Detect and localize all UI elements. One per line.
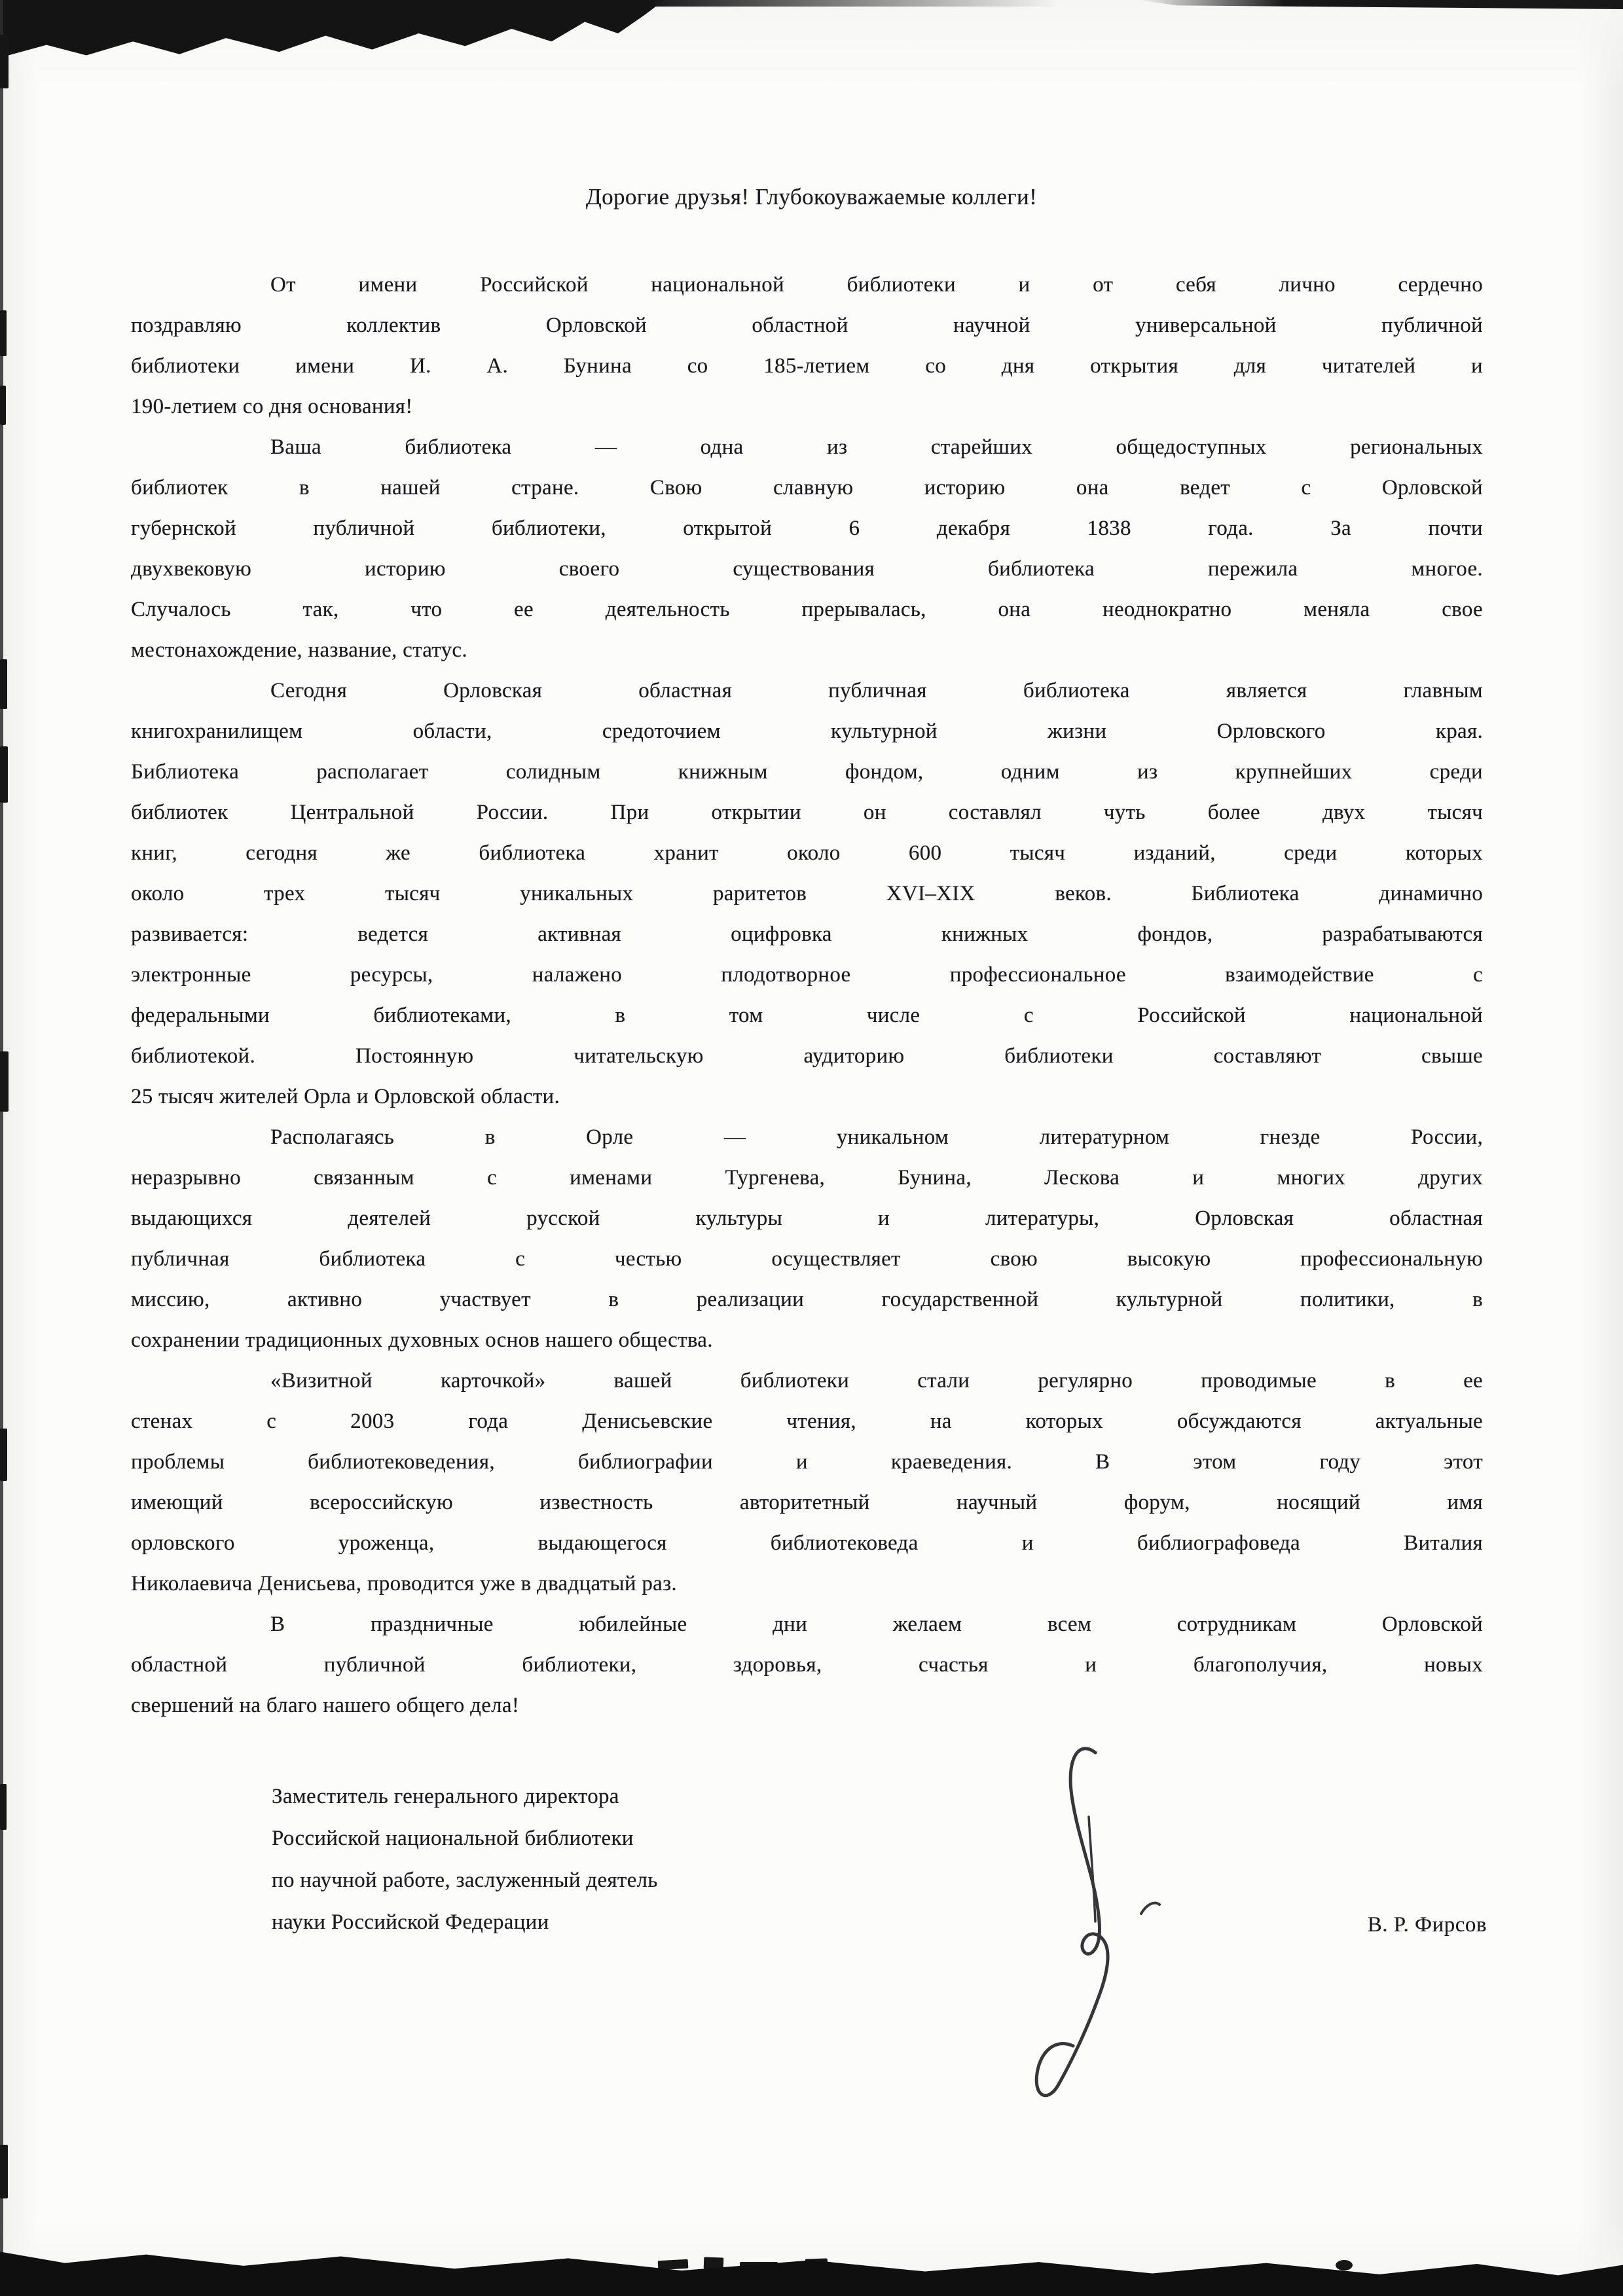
text-line: «Визитной карточкой» вашей библиотеки ст…	[131, 1360, 1483, 1401]
text-line: Ваша библиотека — одна из старейших обще…	[131, 427, 1483, 467]
text-line: двухвековую историю своего существования…	[131, 549, 1483, 589]
text-line: 190-летием со дня основания!	[131, 386, 1483, 427]
scan-mark	[0, 310, 7, 356]
scan-mark	[0, 659, 7, 709]
text-line: Сегодня Орловская областная публичная би…	[131, 670, 1483, 711]
scan-mark	[0, 386, 6, 425]
text-line: орловского уроженца, выдающегося библиот…	[131, 1523, 1483, 1563]
text-line: свершений на благо нашего общего дела!	[131, 1685, 1483, 1726]
text-line: выдающихся деятелей русской культуры и л…	[131, 1198, 1483, 1239]
text-line: местонахождение, название, статус.	[131, 630, 1483, 670]
text-line: книгохранилищем области, средоточием кул…	[131, 711, 1483, 752]
scan-mark	[0, 746, 8, 803]
text-line: библиотек Центральной России. При открыт…	[131, 792, 1483, 833]
text-line: электронные ресурсы, налажено плодотворн…	[131, 955, 1483, 995]
signer-position-line: науки Российской Федерации	[272, 1901, 992, 1943]
text-line: От имени Российской национальной библиот…	[131, 264, 1483, 305]
text-line: имеющий всероссийскую известность автори…	[131, 1482, 1483, 1523]
scan-mark	[0, 1429, 7, 1481]
text-line: библиотек в нашей стране. Свою славную и…	[131, 467, 1483, 508]
scan-mark	[0, 1051, 9, 1112]
text-line: Случалось так, что ее деятельность преры…	[131, 589, 1483, 630]
text-line: стенах с 2003 года Денисьевские чтения, …	[131, 1401, 1483, 1442]
text-line: 25 тысяч жителей Орла и Орловской област…	[131, 1076, 1483, 1117]
scanned-letter-page: Дорогие друзья! Глубокоуважаемые коллеги…	[0, 0, 1623, 2296]
text-line: Библиотека располагает солидным книжным …	[131, 752, 1483, 792]
signer-name: В. Р. Фирсов	[1368, 1904, 1487, 1946]
text-line: поздравляю коллектив Орловской областной…	[131, 305, 1483, 346]
text-line: миссию, активно участвует в реализации г…	[131, 1279, 1483, 1320]
text-line: около трех тысяч уникальных раритетов XV…	[131, 873, 1483, 914]
letter-body: От имени Российской национальной библиот…	[131, 264, 1483, 1726]
signer-position-line: по научной работе, заслуженный деятель	[272, 1859, 992, 1901]
text-line: Располагаясь в Орле — уникальном литерат…	[131, 1117, 1483, 1157]
signer-position-line: Российской национальной библиотеки	[272, 1817, 992, 1859]
text-line: развивается: ведется активная оцифровка …	[131, 914, 1483, 955]
text-line: библиотекой. Постоянную читательскую ауд…	[131, 1036, 1483, 1076]
scan-mark	[0, 1784, 7, 1830]
scan-artifact-bottom-band	[0, 2249, 1623, 2296]
scan-mark	[0, 35, 9, 88]
scan-artifact-top-band	[0, 0, 665, 58]
text-line: сохранении традиционных духовных основ н…	[131, 1320, 1483, 1360]
handwritten-signature	[1012, 1738, 1195, 2118]
text-line: федеральными библиотеками, в том числе с…	[131, 995, 1483, 1036]
text-line: Николаевича Денисьева, проводится уже в …	[131, 1563, 1483, 1604]
text-line: проблемы библиотековедения, библиографии…	[131, 1442, 1483, 1482]
page-title: Дорогие друзья! Глубокоуважаемые коллеги…	[0, 182, 1623, 212]
text-line: книг, сегодня же библиотека хранит около…	[131, 833, 1483, 873]
text-line: губернской публичной библиотеки, открыто…	[131, 508, 1483, 549]
scan-artifact-top-line	[655, 0, 1061, 7]
text-line: библиотеки имени И. А. Бунина со 185-лет…	[131, 346, 1483, 386]
signer-position-line: Заместитель генерального директора	[272, 1776, 992, 1817]
text-line: областной публичной библиотеки, здоровья…	[131, 1645, 1483, 1685]
text-line: В праздничные юбилейные дни желаем всем …	[131, 1604, 1483, 1645]
scan-mark	[0, 2145, 8, 2198]
scan-artifact-top-right-line	[1139, 0, 1623, 9]
signature-block: Заместитель генерального директора Росси…	[272, 1776, 992, 1943]
text-line: неразрывно связанным с именами Тургенева…	[131, 1157, 1483, 1198]
scan-mark	[658, 2259, 689, 2270]
scan-mark	[1336, 2260, 1353, 2270]
text-line: публичная библиотека с честью осуществля…	[131, 1239, 1483, 1279]
